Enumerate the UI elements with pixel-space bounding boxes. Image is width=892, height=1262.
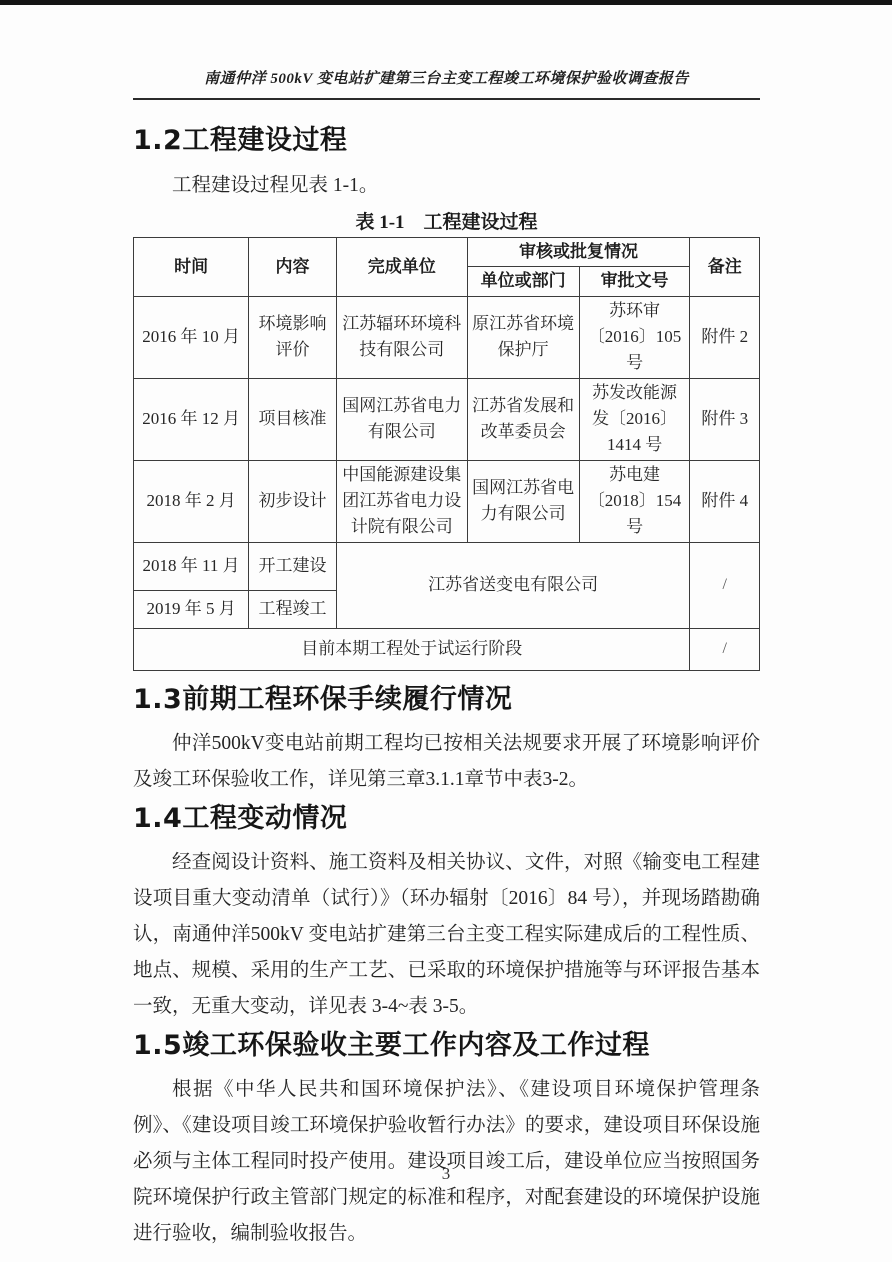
col-header-unit: 完成单位 [336,238,467,297]
cell-content: 项目核准 [249,378,337,460]
cell-note: 附件 2 [690,296,760,378]
paragraph-1-5: 根据《中华人民共和国环境保护法》、《建设项目环境保护管理条例》、《建设项目竣工环… [133,1072,760,1252]
construction-process-table: 时间 内容 完成单位 审核或批复情况 备注 单位或部门 审批文号 2016 年 … [133,237,760,671]
cell-dept: 原江苏省环境保护厅 [467,296,579,378]
section-heading-1-5: 1.5竣工环保验收主要工作内容及工作过程 [133,1029,760,1063]
table-row: 2018 年 2 月 初步设计 中国能源建设集团江苏省电力设计院有限公司 国网江… [134,460,760,542]
table-header-row-1: 时间 内容 完成单位 审核或批复情况 备注 [134,238,760,267]
cell-note: / [690,628,760,670]
table-row: 2016 年 10 月 环境影响评价 江苏辐环环境科技有限公司 原江苏省环境保护… [134,296,760,378]
cell-unit: 中国能源建设集团江苏省电力设计院有限公司 [336,460,467,542]
document-page: 南通仲洋 500kV 变电站扩建第三台主变工程竣工环境保护验收调查报告 1.2工… [0,0,892,1262]
report-header-title: 南通仲洋 500kV 变电站扩建第三台主变工程竣工环境保护验收调查报告 [133,67,760,100]
cell-dept: 国网江苏省电力有限公司 [467,460,579,542]
table-caption: 表 1-1 工程建设过程 [133,207,760,234]
col-header-docno: 审批文号 [579,267,690,296]
cell-time: 2018 年 2 月 [134,460,249,542]
cell-content: 工程竣工 [249,590,337,628]
cell-content: 初步设计 [249,460,337,542]
cell-unit-merged: 江苏省送变电有限公司 [336,542,690,628]
cell-note: 附件 4 [690,460,760,542]
col-header-content: 内容 [249,238,337,297]
cell-note-merged: / [690,542,760,628]
paragraph-1-4: 经查阅设计资料、施工资料及相关协议、文件，对照《输变电工程建设项目重大变动清单（… [133,845,760,1025]
cell-status-merged: 目前本期工程处于试运行阶段 [134,628,690,670]
section-heading-1-2: 1.2工程建设过程 [133,124,760,158]
table-row: 目前本期工程处于试运行阶段 / [134,628,760,670]
cell-docno: 苏发改能源发〔2016〕1414 号 [579,378,690,460]
col-header-note: 备注 [690,238,760,297]
cell-dept: 江苏省发展和改革委员会 [467,378,579,460]
cell-time: 2016 年 12 月 [134,378,249,460]
col-header-review-group: 审核或批复情况 [467,238,690,267]
cell-note: 附件 3 [690,378,760,460]
page-number: 3 [0,1164,892,1184]
col-header-time: 时间 [134,238,249,297]
cell-docno: 苏环审〔2016〕105 号 [579,296,690,378]
table-row: 2018 年 11 月 开工建设 江苏省送变电有限公司 / [134,542,760,590]
cell-content: 开工建设 [249,542,337,590]
table-row: 2016 年 12 月 项目核准 国网江苏省电力有限公司 江苏省发展和改革委员会… [134,378,760,460]
cell-unit: 江苏辐环环境科技有限公司 [336,296,467,378]
paragraph-1-3: 仲洋500kV变电站前期工程均已按相关法规要求开展了环境影响评价及竣工环保验收工… [133,726,760,798]
cell-content: 环境影响评价 [249,296,337,378]
section-heading-1-3: 1.3前期工程环保手续履行情况 [133,683,760,717]
paragraph-1-2: 工程建设过程见表 1-1。 [133,169,760,203]
cell-time: 2019 年 5 月 [134,590,249,628]
col-header-dept: 单位或部门 [467,267,579,296]
page-content: 南通仲洋 500kV 变电站扩建第三台主变工程竣工环境保护验收调查报告 1.2工… [133,5,760,1252]
cell-time: 2018 年 11 月 [134,542,249,590]
section-heading-1-4: 1.4工程变动情况 [133,802,760,836]
cell-unit: 国网江苏省电力有限公司 [336,378,467,460]
cell-docno: 苏电建〔2018〕154 号 [579,460,690,542]
cell-time: 2016 年 10 月 [134,296,249,378]
